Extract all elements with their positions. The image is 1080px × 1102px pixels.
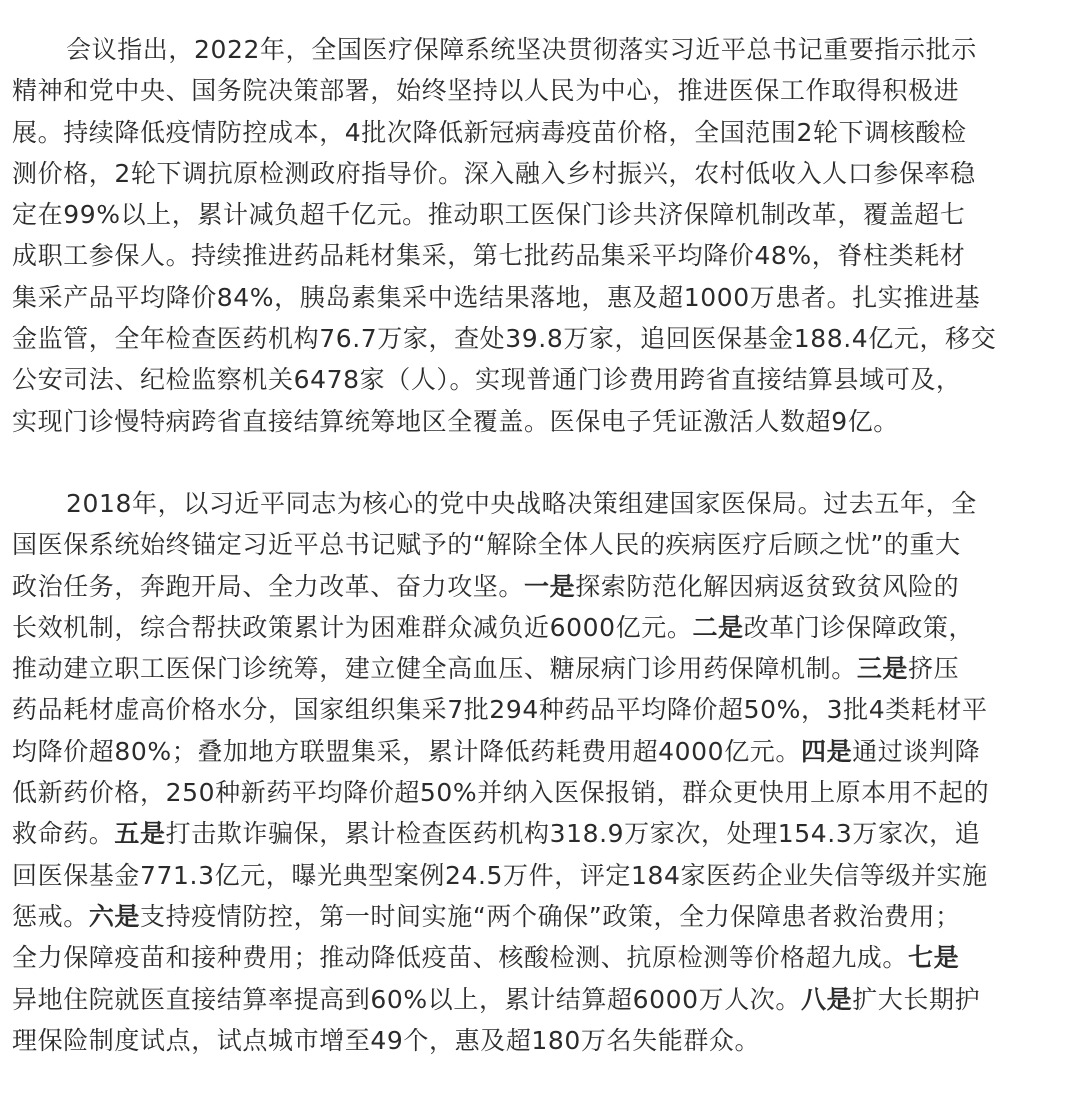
text-line: 回医保基金771.3亿元，曝光典型案例24.5万件，评定184家医药企业失信等级… bbox=[12, 855, 1072, 896]
text-line: 国医保系统始终锚定习近平总书记赋予的“解除全体人民的疾病医疗后顾之忧”的重大 bbox=[12, 524, 1072, 565]
text-segment: 低新药价格，250种新药平均降价超50%并纳入医保报销，群众更快用上原本用不起的 bbox=[12, 778, 989, 807]
text-segment: 通过谈判降 bbox=[852, 737, 980, 766]
text-segment: 打击欺诈骗保，累计检查医药机构318.9万家次，处理154.3万家次，追 bbox=[166, 819, 981, 848]
text-segment: 理保险制度试点，试点城市增至49个，惠及超180万名失能群众。 bbox=[12, 1026, 760, 1055]
text-segment: 挤压 bbox=[908, 654, 959, 683]
text-segment: 集采产品平均降价84%，胰岛素集采中选结果落地，惠及超1000万患者。扎实推进基 bbox=[12, 283, 980, 312]
emphasis-label: 二是 bbox=[692, 613, 743, 642]
text-segment: 公安司法、纪检监察机关6478家（人）。实现普通门诊费用跨省直接结算县域可及， bbox=[12, 365, 962, 394]
text-segment: 精神和党中央、国务院决策部署，始终坚持以人民为中心，推进医保工作取得积极进 bbox=[12, 76, 959, 105]
paragraph: 2018年，以习近平同志为核心的党中央战略决策组建国家医保局。过去五年，全国医保… bbox=[12, 483, 1072, 1061]
text-line: 长效机制，综合帮扶政策累计为困难群众减负近6000亿元。二是改革门诊保障政策， bbox=[12, 607, 1072, 648]
emphasis-label: 六是 bbox=[89, 902, 140, 931]
text-line: 全力保障疫苗和接种费用；推动降低疫苗、核酸检测、抗原检测等价格超九成。七是 bbox=[12, 937, 1072, 978]
text-segment: 定在99%以上，累计减负超千亿元。推动职工医保门诊共济保障机制改革，覆盖超七 bbox=[12, 200, 965, 229]
text-segment: 实现门诊慢特病跨省直接结算统筹地区全覆盖。医保电子凭证激活人数超9亿。 bbox=[12, 407, 899, 436]
text-line: 展。持续降低疫情防控成本，4批次降低新冠病毒疫苗价格，全国范围2轮下调核酸检 bbox=[12, 112, 1072, 153]
text-segment: 均降价超80%；叠加地方联盟集采，累计降低药耗费用超4000亿元。 bbox=[12, 737, 801, 766]
text-segment: 测价格，2轮下调抗原检测政府指导价。深入融入乡村振兴，农村低收入人口参保率稳 bbox=[12, 159, 976, 188]
text-line: 理保险制度试点，试点城市增至49个，惠及超180万名失能群众。 bbox=[12, 1020, 1072, 1061]
text-segment: 政治任务，奔跑开局、全力改革、奋力攻坚。 bbox=[12, 572, 524, 601]
emphasis-label: 七是 bbox=[908, 943, 959, 972]
text-line: 均降价超80%；叠加地方联盟集采，累计降低药耗费用超4000亿元。四是通过谈判降 bbox=[12, 731, 1072, 772]
article-body: 会议指出，2022年，全国医疗保障系统坚决贯彻落实习近平总书记重要指示批示精神和… bbox=[12, 29, 1072, 1061]
text-line: 政治任务，奔跑开局、全力改革、奋力攻坚。一是探索防范化解因病返贫致贫风险的 bbox=[12, 566, 1072, 607]
text-line: 集采产品平均降价84%，胰岛素集采中选结果落地，惠及超1000万患者。扎实推进基 bbox=[12, 277, 1072, 318]
text-segment: 会议指出，2022年，全国医疗保障系统坚决贯彻落实习近平总书记重要指示批示 bbox=[66, 35, 977, 64]
emphasis-label: 八是 bbox=[801, 985, 852, 1014]
text-segment: 国医保系统始终锚定习近平总书记赋予的“解除全体人民的疾病医疗后顾之忧”的重大 bbox=[12, 530, 961, 559]
text-segment: 改革门诊保障政策， bbox=[744, 613, 974, 642]
text-line: 定在99%以上，累计减负超千亿元。推动职工医保门诊共济保障机制改革，覆盖超七 bbox=[12, 194, 1072, 235]
text-line: 会议指出，2022年，全国医疗保障系统坚决贯彻落实习近平总书记重要指示批示 bbox=[12, 29, 1072, 70]
text-line: 异地住院就医直接结算率提高到60%以上，累计结算超6000万人次。八是扩大长期护 bbox=[12, 979, 1072, 1020]
text-segment: 金监管，全年检查医药机构76.7万家，查处39.8万家，追回医保基金188.4亿… bbox=[12, 324, 996, 353]
text-line: 精神和党中央、国务院决策部署，始终坚持以人民为中心，推进医保工作取得积极进 bbox=[12, 70, 1072, 111]
emphasis-label: 三是 bbox=[857, 654, 908, 683]
text-line: 推动建立职工医保门诊统筹，建立健全高血压、糖尿病门诊用药保障机制。三是挤压 bbox=[12, 648, 1072, 689]
text-segment: 异地住院就医直接结算率提高到60%以上，累计结算超6000万人次。 bbox=[12, 985, 801, 1014]
text-line: 实现门诊慢特病跨省直接结算统筹地区全覆盖。医保电子凭证激活人数超9亿。 bbox=[12, 401, 1072, 442]
text-line: 低新药价格，250种新药平均降价超50%并纳入医保报销，群众更快用上原本用不起的 bbox=[12, 772, 1072, 813]
emphasis-label: 五是 bbox=[114, 819, 165, 848]
text-segment: 长效机制，综合帮扶政策累计为困难群众减负近6000亿元。 bbox=[12, 613, 692, 642]
text-segment: 回医保基金771.3亿元，曝光典型案例24.5万件，评定184家医药企业失信等级… bbox=[12, 861, 988, 890]
text-line: 成职工参保人。持续推进药品耗材集采，第七批药品集采平均降价48%，脊柱类耗材 bbox=[12, 235, 1072, 276]
text-line: 2018年，以习近平同志为核心的党中央战略决策组建国家医保局。过去五年，全 bbox=[12, 483, 1072, 524]
emphasis-label: 一是 bbox=[524, 572, 575, 601]
text-line: 金监管，全年检查医药机构76.7万家，查处39.8万家，追回医保基金188.4亿… bbox=[12, 318, 1072, 359]
text-segment: 支持疫情防控，第一时间实施“两个确保”政策，全力保障患者救治费用； bbox=[140, 902, 961, 931]
text-segment: 探索防范化解因病返贫致贫风险的 bbox=[575, 572, 959, 601]
text-segment: 推动建立职工医保门诊统筹，建立健全高血压、糖尿病门诊用药保障机制。 bbox=[12, 654, 857, 683]
emphasis-label: 四是 bbox=[801, 737, 852, 766]
text-line: 公安司法、纪检监察机关6478家（人）。实现普通门诊费用跨省直接结算县域可及， bbox=[12, 359, 1072, 400]
text-segment: 救命药。 bbox=[12, 819, 114, 848]
text-line: 惩戒。六是支持疫情防控，第一时间实施“两个确保”政策，全力保障患者救治费用； bbox=[12, 896, 1072, 937]
text-segment: 药品耗材虚高价格水分，国家组织集采7批294种药品平均降价超50%，3批4类耗材… bbox=[12, 695, 988, 724]
text-line: 测价格，2轮下调抗原检测政府指导价。深入融入乡村振兴，农村低收入人口参保率稳 bbox=[12, 153, 1072, 194]
paragraph: 会议指出，2022年，全国医疗保障系统坚决贯彻落实习近平总书记重要指示批示精神和… bbox=[12, 29, 1072, 442]
text-segment: 全力保障疫苗和接种费用；推动降低疫苗、核酸检测、抗原检测等价格超九成。 bbox=[12, 943, 908, 972]
text-line: 药品耗材虚高价格水分，国家组织集采7批294种药品平均降价超50%，3批4类耗材… bbox=[12, 689, 1072, 730]
text-segment: 成职工参保人。持续推进药品耗材集采，第七批药品集采平均降价48%，脊柱类耗材 bbox=[12, 241, 965, 270]
text-segment: 2018年，以习近平同志为核心的党中央战略决策组建国家医保局。过去五年，全 bbox=[66, 489, 977, 518]
text-segment: 展。持续降低疫情防控成本，4批次降低新冠病毒疫苗价格，全国范围2轮下调核酸检 bbox=[12, 118, 967, 147]
text-segment: 惩戒。 bbox=[12, 902, 89, 931]
text-segment: 扩大长期护 bbox=[852, 985, 980, 1014]
text-line: 救命药。五是打击欺诈骗保，累计检查医药机构318.9万家次，处理154.3万家次… bbox=[12, 813, 1072, 854]
